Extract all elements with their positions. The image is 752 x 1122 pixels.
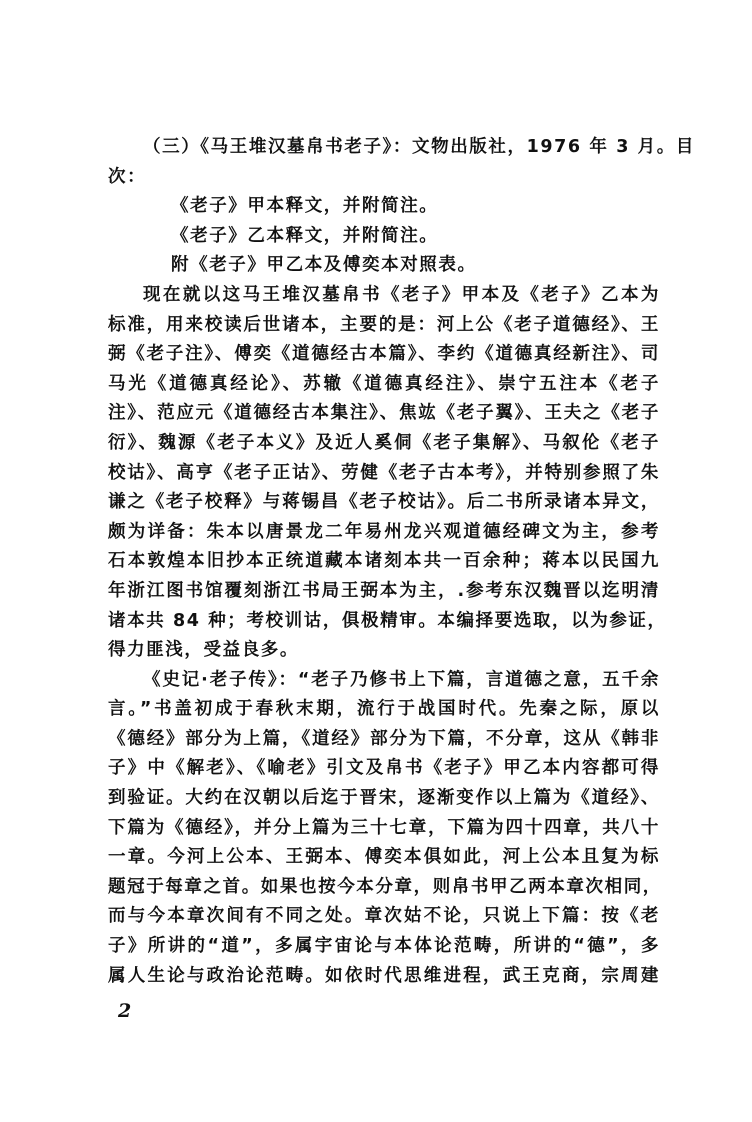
- paragraph-line: 诸本共 84 种；考校训诂，俱极精审。本编择要选取，以为参证，: [108, 607, 660, 637]
- text-line: 次：: [108, 163, 660, 193]
- paragraph-line: 子》中《解老》、《喻老》引文及帛书《老子》甲乙本内容都可得: [108, 754, 660, 784]
- paragraph-line: 属人生论与政治论范畴。如依时代思维进程，武王克商，宗周建: [108, 962, 660, 992]
- text-line: （三）《马王堆汉墓帛书老子》：文物出版社，1976 年 3 月。目: [108, 133, 660, 163]
- paragraph-line: 子》所讲的“道”，多属宇宙论与本体论范畴，所讲的“德”，多: [108, 932, 660, 962]
- paragraph-line: 而与今本章次间有不同之处。章次姑不论，只说上下篇：按《老: [108, 902, 660, 932]
- paragraph-line: 《德经》部分为上篇，《道经》部分为下篇，不分章，这从《韩非: [108, 725, 660, 755]
- paragraph-line: 一章。今河上公本、王弼本、傅奕本俱如此，河上公本且复为标: [108, 843, 660, 873]
- contents-item: 《老子》甲本释文，并附简注。: [108, 192, 660, 222]
- paragraph-line: 到验证。大约在汉朝以后迄于晋宋，逐渐变作以上篇为《道经》、: [108, 784, 660, 814]
- page-number: 2: [118, 1000, 131, 1022]
- paragraph-line: 标准，用来校读后世诸本，主要的是：河上公《老子道德经》、王: [108, 311, 660, 341]
- paragraph-line: 校诂》、高亨《老子正诂》、劳健《老子古本考》，并特别参照了朱: [108, 459, 660, 489]
- contents-item: 附《老子》甲乙本及傅奕本对照表。: [108, 251, 660, 281]
- paragraph-line: 注》、范应元《道德经古本集注》、焦竑《老子翼》、王夫之《老子: [108, 399, 660, 429]
- paragraph-line: 谦之《老子校释》与蒋锡昌《老子校诂》。后二书所录诸本异文，: [108, 488, 660, 518]
- paragraph-line: 下篇为《德经》，并分上篇为三十七章，下篇为四十四章，共八十: [108, 814, 660, 844]
- paragraph-line: 石本敦煌本旧抄本正统道藏本诸刻本共一百余种；蒋本以民国九: [108, 547, 660, 577]
- paragraph-line: 颇为详备：朱本以唐景龙二年易州龙兴观道德经碑文为主，参考: [108, 518, 660, 548]
- paragraph-line: 年浙江图书馆覆刻浙江书局王弼本为主，.参考东汉魏晋以迄明清: [108, 577, 660, 607]
- paragraph-line: 得力匪浅，受益良多。: [108, 636, 660, 666]
- paragraph-line: 衍》、魏源《老子本义》及近人奚侗《老子集解》、马叙伦《老子: [108, 429, 660, 459]
- document-page: （三）《马王堆汉墓帛书老子》：文物出版社，1976 年 3 月。目 次： 《老子…: [108, 133, 660, 991]
- paragraph-line: 弼《老子注》、傅奕《道德经古本篇》、李约《道德真经新注》、司: [108, 340, 660, 370]
- contents-item: 《老子》乙本释文，并附简注。: [108, 222, 660, 252]
- paragraph-line: 马光《道德真经论》、苏辙《道德真经注》、崇宁五注本《老子: [108, 370, 660, 400]
- paragraph-line: 《史记·老子传》：“老子乃修书上下篇，言道德之意，五千余: [108, 666, 660, 696]
- paragraph-line: 现在就以这马王堆汉墓帛书《老子》甲本及《老子》乙本为: [108, 281, 660, 311]
- paragraph-line: 言。”书盖初成于春秋末期，流行于战国时代。先秦之际，原以: [108, 695, 660, 725]
- paragraph-line: 题冠于每章之首。如果也按今本分章，则帛书甲乙两本章次相同，: [108, 873, 660, 903]
